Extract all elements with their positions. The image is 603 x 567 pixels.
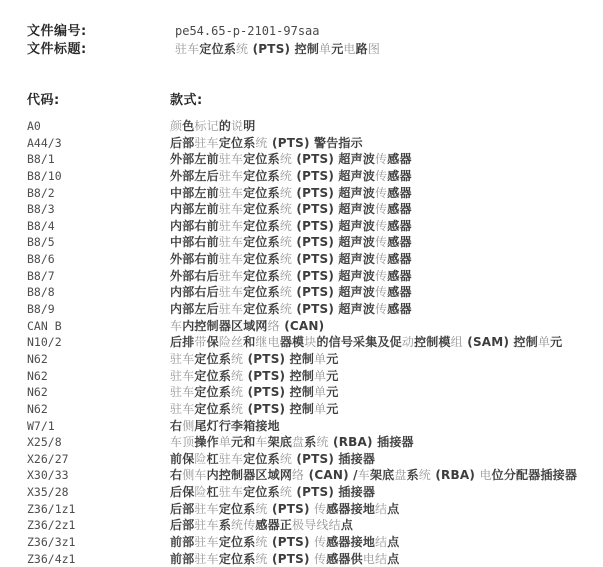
row-desc: 车内控制器区域网络 (CAN) [170, 317, 324, 334]
row-desc: 驻车定位系统 (PTS) 控制单元 [170, 367, 338, 384]
table-row: A44/3 后部驻车定位系统 (PTS) 警告指示 [27, 134, 577, 151]
row-code: Z36/1z1 [27, 502, 170, 516]
row-code: B8/9 [27, 302, 170, 316]
table-row: N10/2 后排带保险丝和继电器模块的信号采集及促动控制模组 (SAM) 控制单… [27, 333, 577, 350]
table-row: Z36/3z1 前部驻车定位系统 (PTS) 传感器接地结点 [27, 533, 577, 550]
code-column-header: 代码: [27, 89, 170, 108]
row-code: A0 [27, 119, 170, 133]
row-code: X26/27 [27, 452, 170, 466]
row-code: Z36/3z1 [27, 535, 170, 549]
row-desc: 驻车定位系统 (PTS) 控制单元 [170, 400, 338, 417]
row-desc: 中部右前驻车定位系统 (PTS) 超声波传感器 [170, 233, 412, 250]
table-row: N62 驻车定位系统 (PTS) 控制单元 [27, 367, 577, 384]
doc-title-value: 驻车定位系统 (PTS) 控制单元电路图 [175, 40, 380, 57]
table-row: N62 驻车定位系统 (PTS) 控制单元 [27, 400, 577, 417]
row-desc: 外部右前驻车定位系统 (PTS) 超声波传感器 [170, 250, 412, 267]
table-row: Z36/4z1 前部驻车定位系统 (PTS) 传感器供电结点 [27, 550, 577, 567]
row-code: N62 [27, 385, 170, 399]
doc-title-line: 文件标题: 驻车定位系统 (PTS) 控制单元电路图 [27, 38, 380, 56]
row-code: N10/2 [27, 335, 170, 349]
row-code: X25/8 [27, 435, 170, 449]
table-row: B8/5 中部右前驻车定位系统 (PTS) 超声波传感器 [27, 233, 577, 250]
row-code: Z36/2z1 [27, 518, 170, 532]
table-row: B8/4 内部右前驻车定位系统 (PTS) 超声波传感器 [27, 217, 577, 234]
row-code: B8/5 [27, 235, 170, 249]
row-desc: 右侧尾灯行李箱接地 [170, 417, 280, 434]
row-desc: 前部驻车定位系统 (PTS) 传感器供电结点 [170, 550, 399, 567]
row-code: N62 [27, 369, 170, 383]
table-row: N62 驻车定位系统 (PTS) 控制单元 [27, 350, 577, 367]
row-code: CAN B [27, 319, 170, 333]
doc-title-label: 文件标题: [27, 38, 175, 57]
row-desc: 右侧车内控制器区域网络 (CAN) /车架底盘系统 (RBA) 电位分配器插接器 [170, 466, 577, 483]
row-desc: 后部驻车系统传感器正极导线结点 [170, 516, 353, 533]
row-code: N62 [27, 352, 170, 366]
row-desc: 前保险杠驻车定位系统 (PTS) 插接器 [170, 450, 375, 467]
row-desc: 外部左后驻车定位系统 (PTS) 超声波传感器 [170, 167, 412, 184]
row-desc: 后排带保险丝和继电器模块的信号采集及促动控制模组 (SAM) 控制单元 [170, 333, 562, 350]
document-header: 文件编号: pe54.65-p-2101-97saa 文件标题: 驻车定位系统 … [27, 20, 380, 56]
row-desc: 驻车定位系统 (PTS) 控制单元 [170, 350, 338, 367]
row-code: B8/7 [27, 269, 170, 283]
table-row: X30/33 右侧车内控制器区域网络 (CAN) /车架底盘系统 (RBA) 电… [27, 466, 577, 483]
row-code: Z36/4z1 [27, 552, 170, 566]
table-row: B8/6 外部右前驻车定位系统 (PTS) 超声波传感器 [27, 250, 577, 267]
doc-number-label: 文件编号: [27, 20, 175, 39]
row-desc: 外部右后驻车定位系统 (PTS) 超声波传感器 [170, 267, 412, 284]
row-code: X30/33 [27, 468, 170, 482]
row-desc: 后部驻车定位系统 (PTS) 传感器接地结点 [170, 500, 399, 517]
table-row: B8/10 外部左后驻车定位系统 (PTS) 超声波传感器 [27, 167, 577, 184]
row-code: W7/1 [27, 419, 170, 433]
table-row: B8/8 内部右后驻车定位系统 (PTS) 超声波传感器 [27, 283, 577, 300]
row-code: B8/6 [27, 252, 170, 266]
row-code: B8/10 [27, 169, 170, 183]
row-desc: 中部左前驻车定位系统 (PTS) 超声波传感器 [170, 184, 412, 201]
row-desc: 后保险杠驻车定位系统 (PTS) 插接器 [170, 483, 375, 500]
table-row: X35/28 后保险杠驻车定位系统 (PTS) 插接器 [27, 483, 577, 500]
code-list: A0 颜色标记的说明 A44/3 后部驻车定位系统 (PTS) 警告指示 B8/… [27, 117, 577, 566]
column-headers: 代码: 款式: [27, 89, 313, 108]
row-desc: 车顶操作单元和车架底盘系统 (RBA) 插接器 [170, 433, 414, 450]
row-desc: 后部驻车定位系统 (PTS) 警告指示 [170, 134, 363, 151]
document-page: 文件编号: pe54.65-p-2101-97saa 文件标题: 驻车定位系统 … [0, 0, 603, 567]
table-row: B8/3 内部左前驻车定位系统 (PTS) 超声波传感器 [27, 200, 577, 217]
row-code: B8/8 [27, 285, 170, 299]
row-desc: 颜色标记的说明 [170, 117, 255, 134]
doc-number-line: 文件编号: pe54.65-p-2101-97saa [27, 20, 380, 38]
row-desc: 驻车定位系统 (PTS) 控制单元 [170, 383, 338, 400]
table-row: B8/2 中部左前驻车定位系统 (PTS) 超声波传感器 [27, 184, 577, 201]
row-desc: 内部右后驻车定位系统 (PTS) 超声波传感器 [170, 283, 412, 300]
style-column-header: 款式: [170, 89, 313, 108]
table-row: B8/1 外部左前驻车定位系统 (PTS) 超声波传感器 [27, 150, 577, 167]
row-desc: 内部右前驻车定位系统 (PTS) 超声波传感器 [170, 217, 412, 234]
table-row: X26/27 前保险杠驻车定位系统 (PTS) 插接器 [27, 450, 577, 467]
row-desc: 外部左前驻车定位系统 (PTS) 超声波传感器 [170, 150, 412, 167]
row-desc: 内部左前驻车定位系统 (PTS) 超声波传感器 [170, 200, 412, 217]
row-code: X35/28 [27, 485, 170, 499]
table-row: CAN B 车内控制器区域网络 (CAN) [27, 317, 577, 334]
doc-number-value: pe54.65-p-2101-97saa [175, 24, 320, 38]
row-code: B8/2 [27, 186, 170, 200]
table-row: N62 驻车定位系统 (PTS) 控制单元 [27, 383, 577, 400]
row-code: B8/4 [27, 219, 170, 233]
table-row: Z36/1z1 后部驻车定位系统 (PTS) 传感器接地结点 [27, 500, 577, 517]
table-row: Z36/2z1 后部驻车系统传感器正极导线结点 [27, 516, 577, 533]
table-row: W7/1 右侧尾灯行李箱接地 [27, 417, 577, 434]
table-row: X25/8 车顶操作单元和车架底盘系统 (RBA) 插接器 [27, 433, 577, 450]
row-desc: 前部驻车定位系统 (PTS) 传感器接地结点 [170, 533, 399, 550]
table-row: B8/7 外部右后驻车定位系统 (PTS) 超声波传感器 [27, 267, 577, 284]
row-code: B8/3 [27, 202, 170, 216]
row-code: A44/3 [27, 136, 170, 150]
table-row: B8/9 内部左后驻车定位系统 (PTS) 超声波传感器 [27, 300, 577, 317]
row-desc: 内部左后驻车定位系统 (PTS) 超声波传感器 [170, 300, 412, 317]
table-row: A0 颜色标记的说明 [27, 117, 577, 134]
row-code: N62 [27, 402, 170, 416]
row-code: B8/1 [27, 152, 170, 166]
